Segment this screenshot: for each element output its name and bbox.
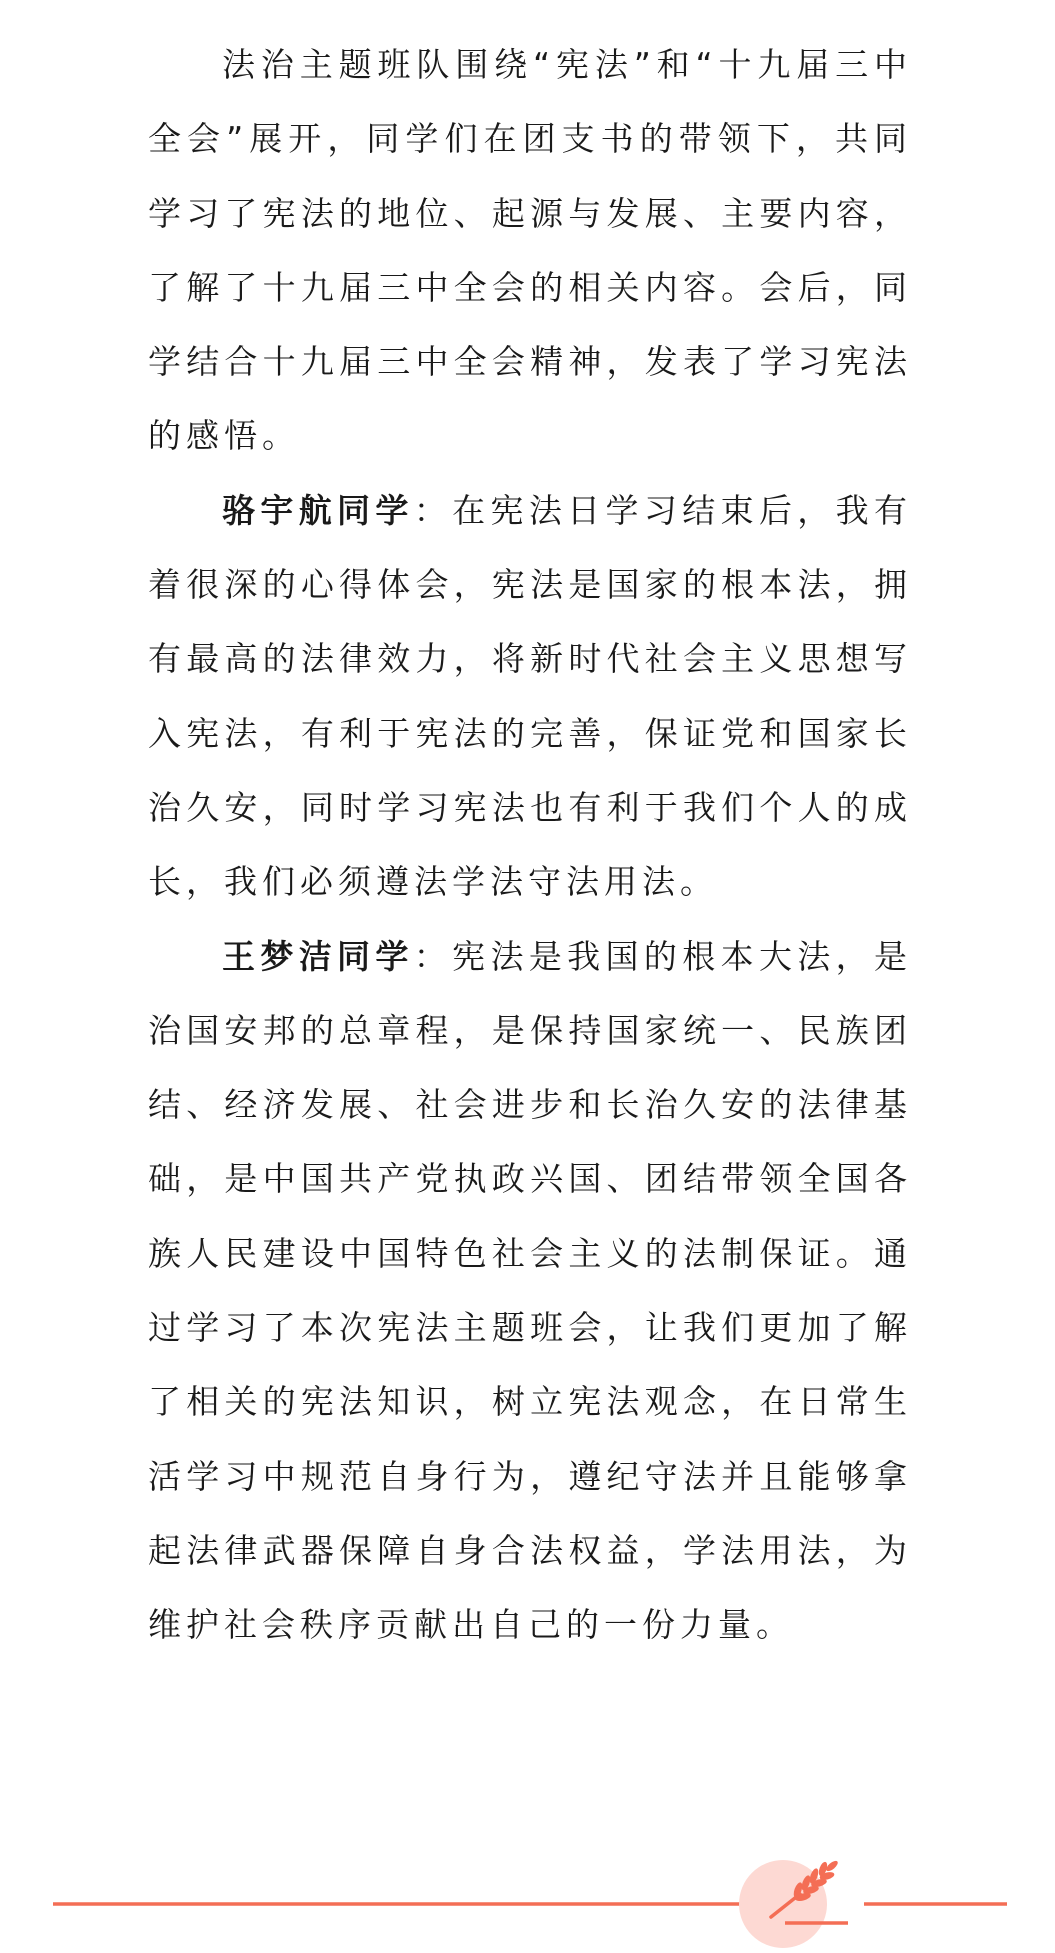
intro-text: 法治主题班队围绕“宪法”和“十九届三中全会”展开，同学们在团支书的带领下，共同学… <box>148 45 912 455</box>
section-divider <box>0 1850 1055 1953</box>
student-comment-paragraph: 骆宇航同学：在宪法日学习结束后，我有着很深的心得体会，宪法是国家的根本法，拥有最… <box>148 474 912 920</box>
article-body: 法治主题班队围绕“宪法”和“十九届三中全会”展开，同学们在团支书的带领下，共同学… <box>148 28 912 1663</box>
speaker-name: 王梦洁同学 <box>222 937 414 976</box>
intro-paragraph: 法治主题班队围绕“宪法”和“十九届三中全会”展开，同学们在团支书的带领下，共同学… <box>148 28 912 474</box>
comment-text: ：在宪法日学习结束后，我有着很深的心得体会，宪法是国家的根本法，拥有最高的法律效… <box>148 491 912 901</box>
speaker-name: 骆宇航同学 <box>222 491 414 530</box>
comment-text: ：宪法是我国的根本大法，是治国安邦的总章程，是保持国家统一、民族团结、经济发展、… <box>148 937 912 1645</box>
divider-graphic <box>0 1850 1055 1953</box>
student-comment-paragraph: 王梦洁同学：宪法是我国的根本大法，是治国安邦的总章程，是保持国家统一、民族团结、… <box>148 920 912 1663</box>
